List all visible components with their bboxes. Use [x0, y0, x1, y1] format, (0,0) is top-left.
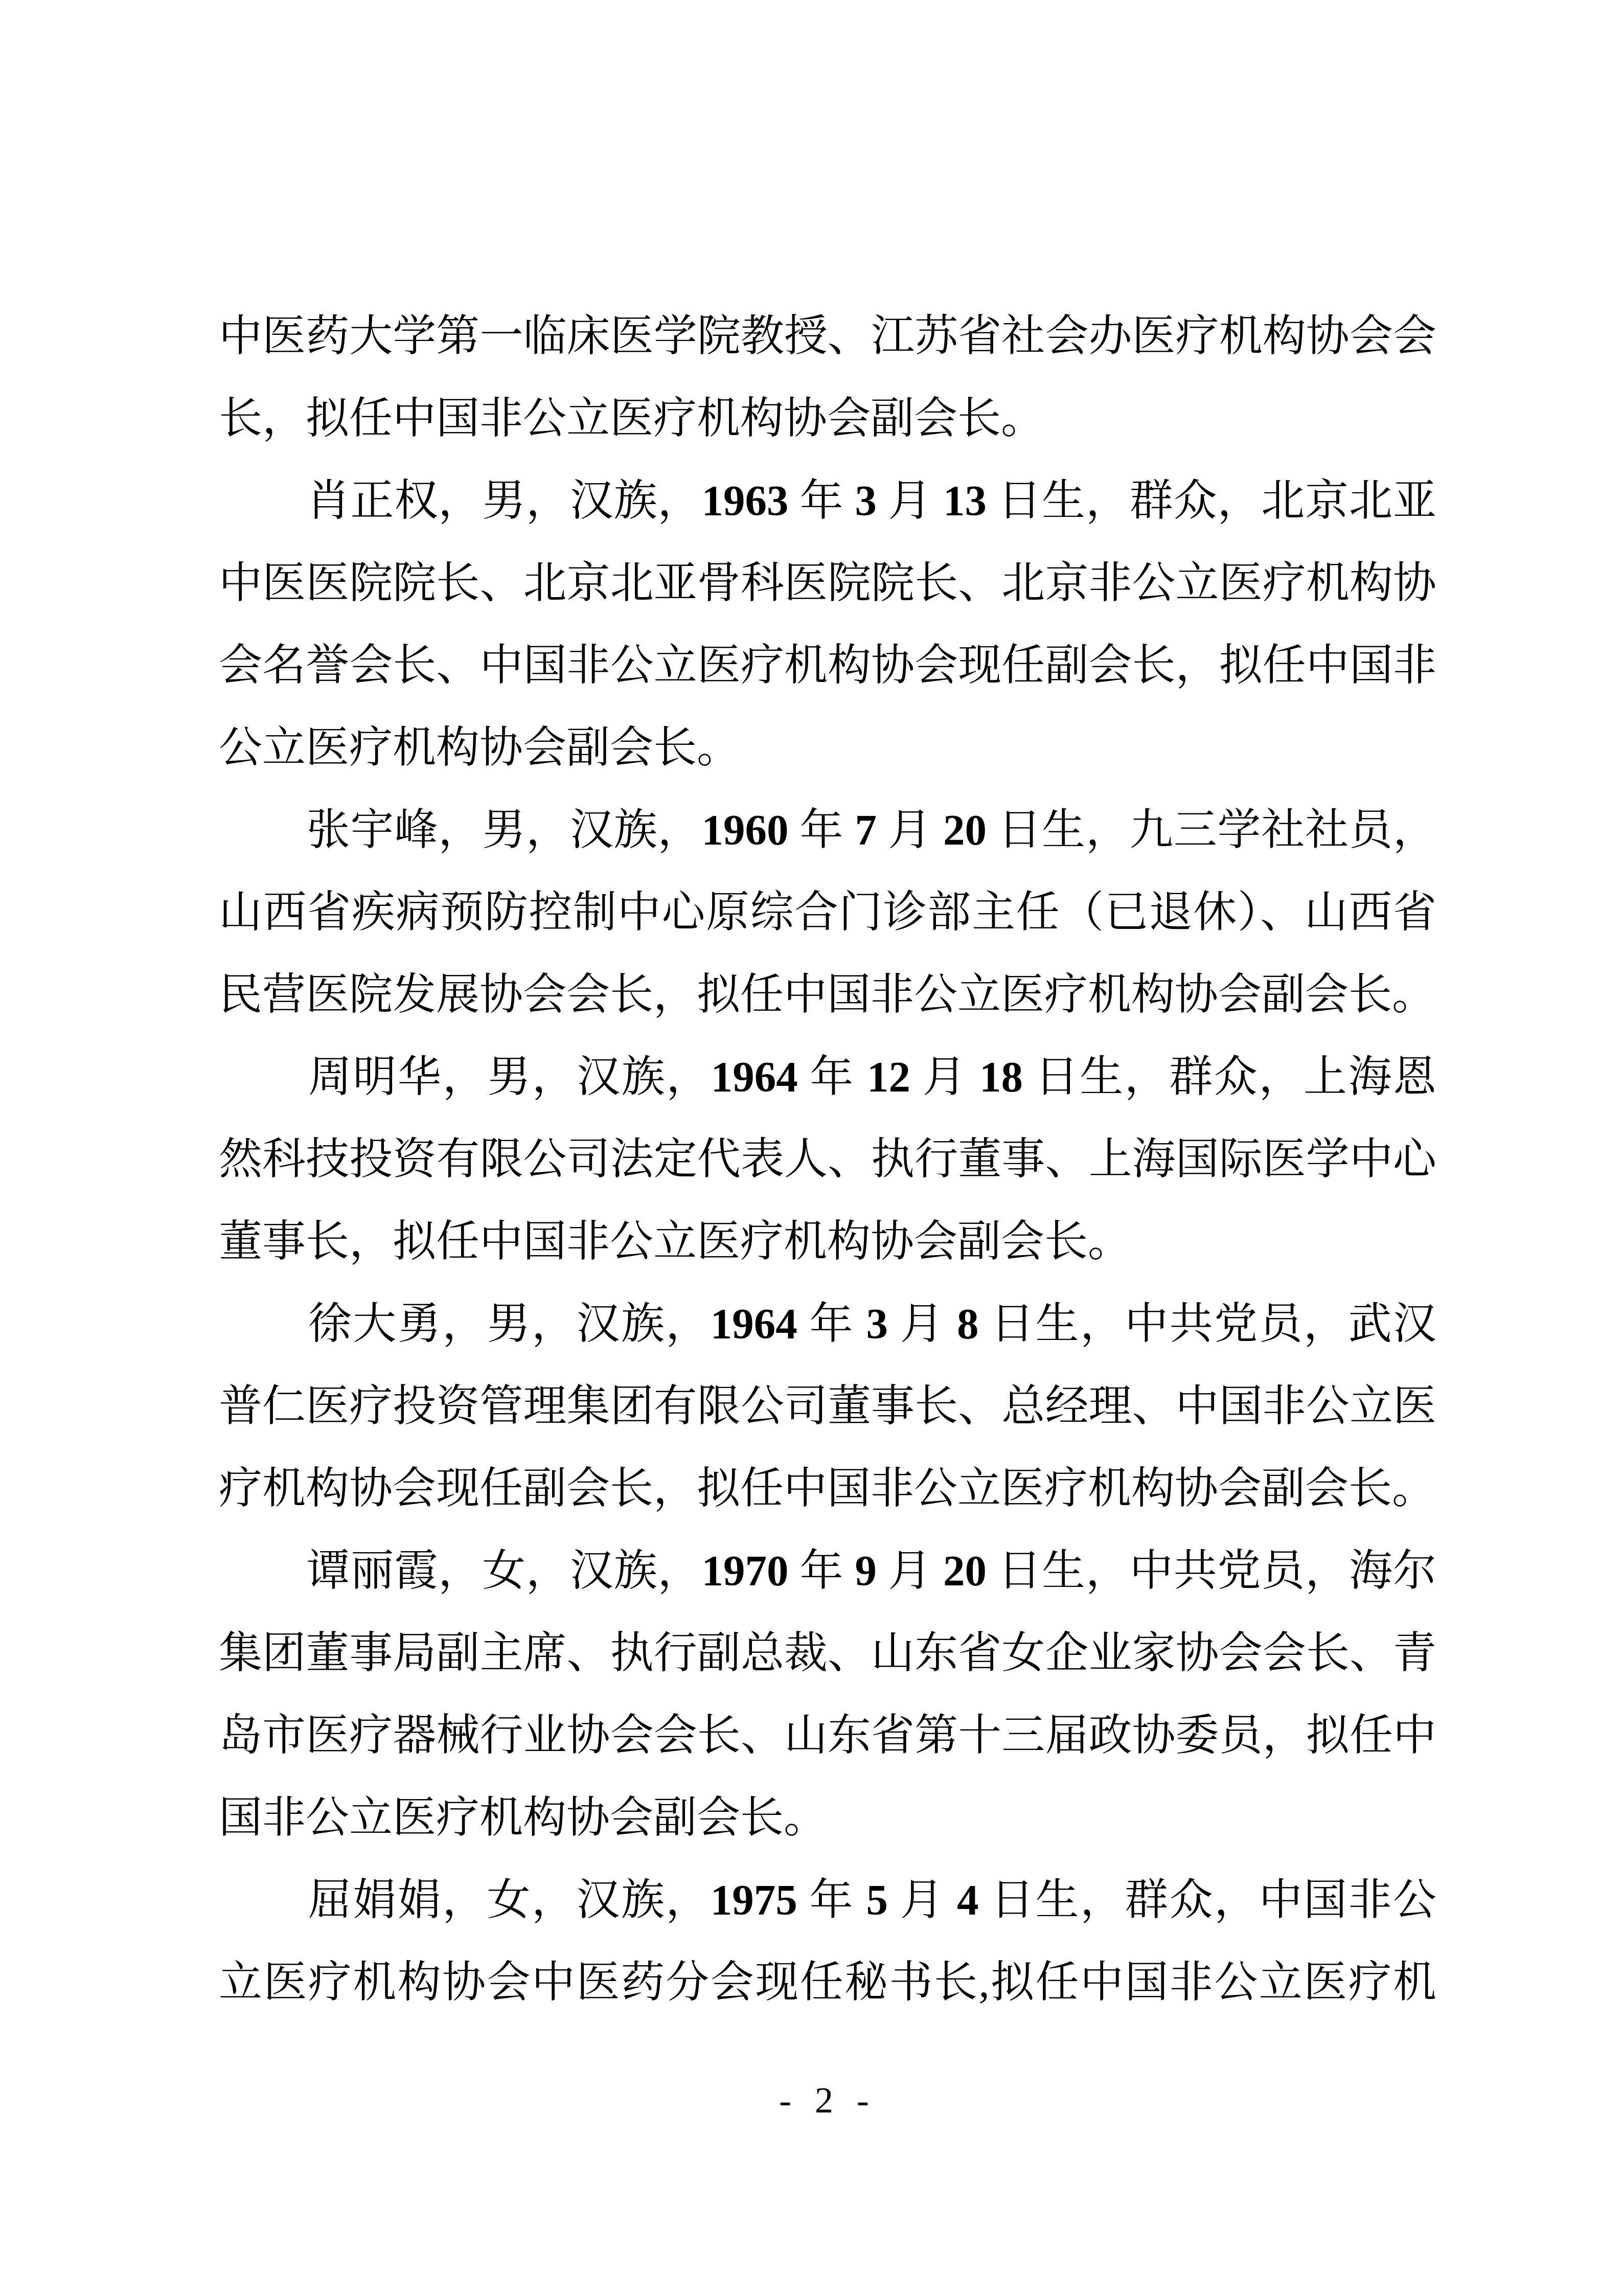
text-line: 普仁医疗投资管理集团有限公司董事长、总经理、中国非公立医 — [219, 1366, 1436, 1448]
text-line: 张宇峰，男，汉族，1960 年 7 月 20 日生，九三学社社员， — [219, 789, 1436, 872]
text-line: 民营医院发展协会会长，拟任中国非公立医疗机构协会副会长。 — [219, 954, 1436, 1036]
text-line: 董事长，拟任中国非公立医疗机构协会副会长。 — [219, 1201, 1436, 1283]
text-line: 疗机构协会现任副会长，拟任中国非公立医疗机构协会副会长。 — [219, 1448, 1436, 1530]
text-line: 会名誉会长、中国非公立医疗机构协会现任副会长，拟任中国非 — [219, 625, 1436, 707]
text-line: 公立医疗机构协会副会长。 — [219, 707, 1436, 789]
text-line: 中医医院院长、北京北亚骨科医院院长、北京非公立医疗机构协 — [219, 542, 1436, 625]
text-line: 立医疗机构协会中医药分会现任秘书长,拟任中国非公立医疗机 — [219, 1942, 1436, 2024]
text-line: 然科技投资有限公司法定代表人、执行董事、上海国际医学中心 — [219, 1119, 1436, 1201]
page-number: - 2 - — [219, 2075, 1436, 2126]
text-line: 屈娟娟，女，汉族，1975 年 5 月 4 日生，群众，中国非公 — [219, 1859, 1436, 1942]
document-body: 中医药大学第一临床医学院教授、江苏省社会办医疗机构协会会长，拟任中国非公立医疗机… — [219, 295, 1436, 2024]
text-line: 长，拟任中国非公立医疗机构协会副会长。 — [219, 378, 1436, 460]
text-line: 肖正权，男，汉族，1963 年 3 月 13 日生，群众，北京北亚 — [219, 460, 1436, 542]
text-line: 谭丽霞，女，汉族，1970 年 9 月 20 日生，中共党员，海尔 — [219, 1530, 1436, 1612]
text-line: 中医药大学第一临床医学院教授、江苏省社会办医疗机构协会会 — [219, 295, 1436, 378]
text-line: 周明华，男，汉族，1964 年 12 月 18 日生，群众，上海恩 — [219, 1036, 1436, 1119]
text-line: 徐大勇，男，汉族，1964 年 3 月 8 日生，中共党员，武汉 — [219, 1283, 1436, 1366]
text-line: 山西省疾病预防控制中心原综合门诊部主任（已退休）、山西省 — [219, 872, 1436, 954]
document-page: 中医药大学第一临床医学院教授、江苏省社会办医疗机构协会会长，拟任中国非公立医疗机… — [0, 0, 1623, 2296]
text-line: 集团董事局副主席、执行副总裁、山东省女企业家协会会长、青 — [219, 1612, 1436, 1695]
text-line: 国非公立医疗机构协会副会长。 — [219, 1777, 1436, 1859]
text-line: 岛市医疗器械行业协会会长、山东省第十三届政协委员，拟任中 — [219, 1695, 1436, 1777]
